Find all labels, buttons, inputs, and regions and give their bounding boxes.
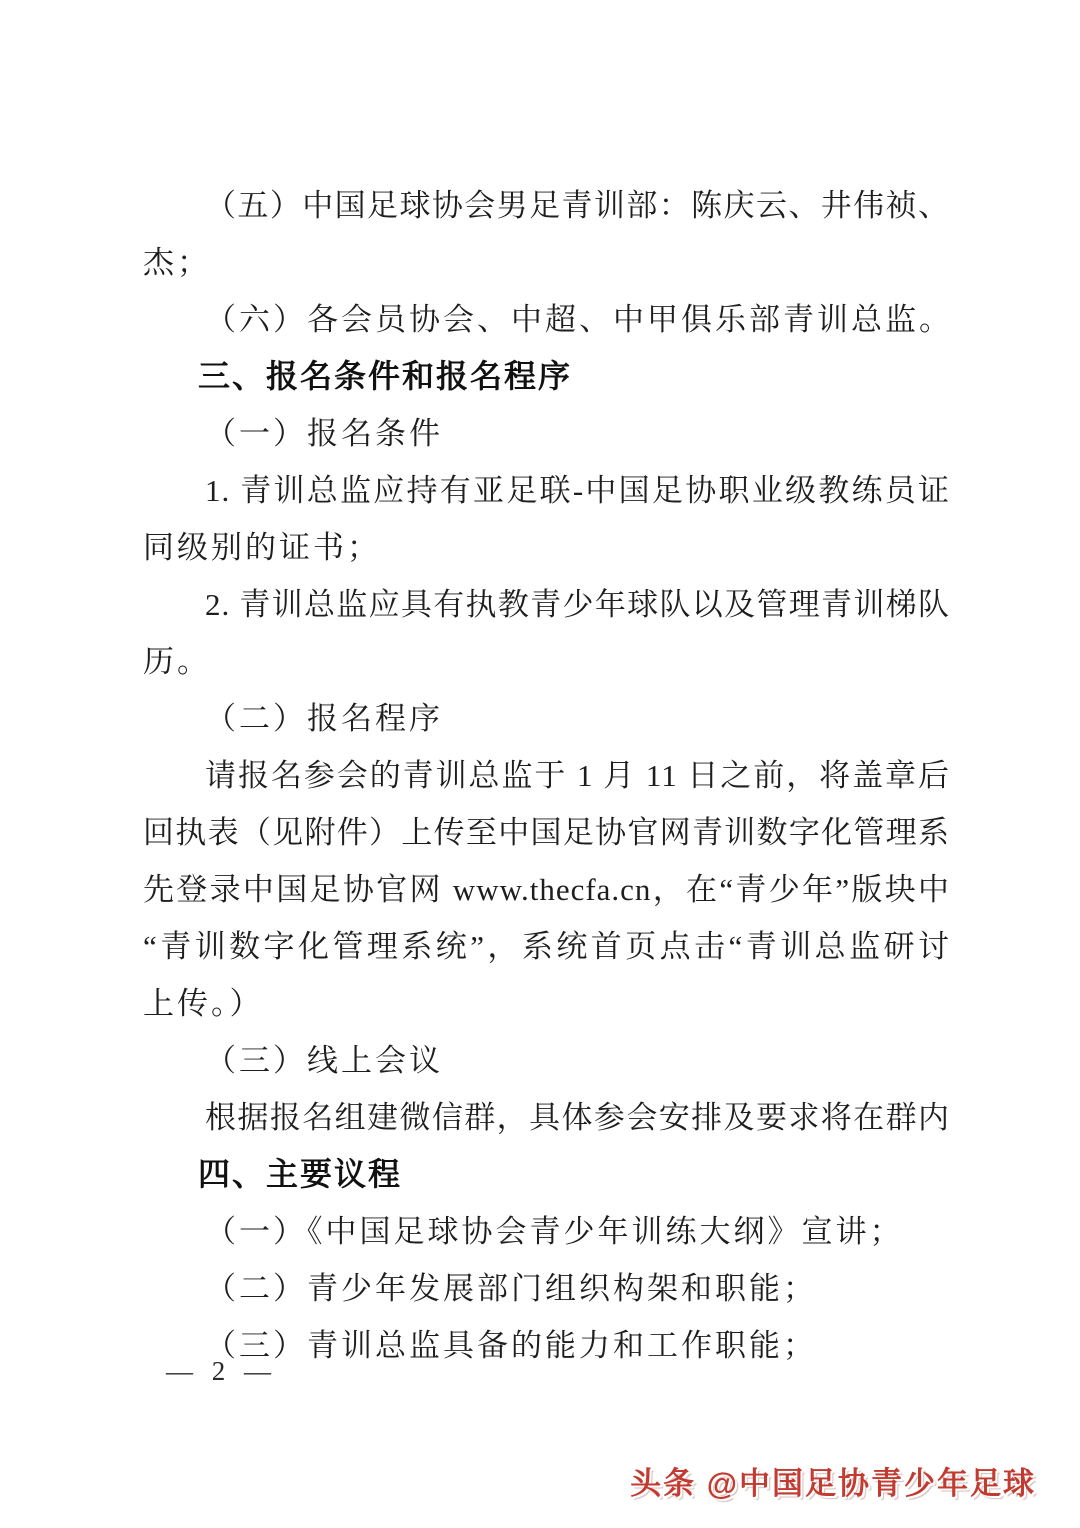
text-line: 杰； [143, 234, 950, 291]
toutiao-watermark: 头条 @中国足协青少年足球 [630, 1458, 1036, 1503]
text-line: 1. 青训总监应持有亚足联-中国足协职业级教练员证书或相 [143, 462, 950, 519]
text-line: （五）中国足球协会男足青训部：陈庆云、井伟祯、黄宇 [143, 177, 950, 234]
page-number: — 2 — [166, 1356, 277, 1387]
text-line: 先登录中国足协官网 www.thecfa.cn，在“青少年”版块中选择 [143, 861, 950, 918]
text-line: （一）《中国足球协会青少年训练大纲》宣讲； [143, 1203, 950, 1260]
text-line: （六）各会员协会、中超、中甲俱乐部青训总监。 [143, 291, 950, 348]
text-line: 上传。） [143, 975, 950, 1032]
text-line: 历。 [143, 633, 950, 690]
text-line: 回执表（见附件）上传至中国足协官网青训数字化管理系统（首 [143, 804, 950, 861]
section-heading-3: 三、报名条件和报名程序 [143, 348, 950, 405]
section-heading-4: 四、主要议程 [143, 1146, 950, 1203]
document-text: （五）中国足球协会男足青训部：陈庆云、井伟祯、黄宇 杰； （六）各会员协会、中超… [143, 177, 950, 1374]
document-page: （五）中国足球协会男足青训部：陈庆云、井伟祯、黄宇 杰； （六）各会员协会、中超… [0, 0, 1080, 1528]
text-line: 2. 青训总监应具有执教青少年球队以及管理青训梯队的经 [143, 576, 950, 633]
text-line: （三）线上会议 [143, 1032, 950, 1089]
text-line: “青训数字化管理系统”，系统首页点击“青训总监研讨会”后 [143, 918, 950, 975]
text-line: 根据报名组建微信群，具体参会安排及要求将在群内通知。 [143, 1089, 950, 1146]
text-line: （二）报名程序 [143, 690, 950, 747]
text-line: （二）青少年发展部门组织构架和职能； [143, 1260, 950, 1317]
text-line: 同级别的证书； [143, 519, 950, 576]
text-line: （一）报名条件 [143, 405, 950, 462]
text-line: 请报名参会的青训总监于 1 月 11 日之前，将盖章后的参会 [143, 747, 950, 804]
